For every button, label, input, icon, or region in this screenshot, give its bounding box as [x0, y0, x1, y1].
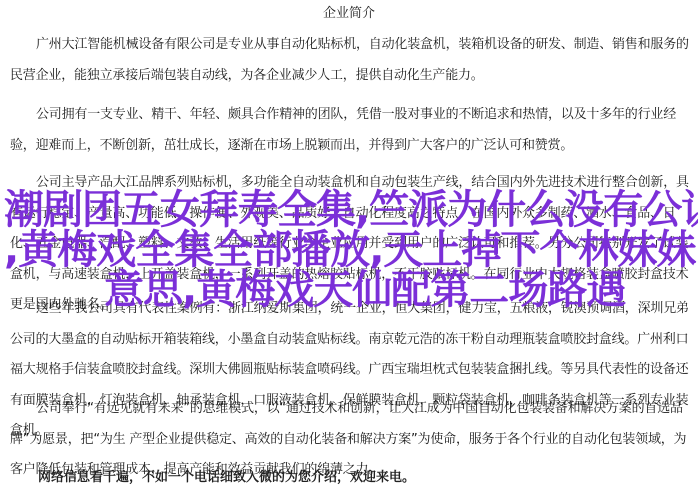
contact-line: 网络信息看千遍，不如一个电话细致入微的为您介绍，欢迎来电。 — [38, 469, 415, 487]
paragraph-company-intro: 广州大江智能机械设备有限公司是专业从事自动化贴标机，自动化装盒机，装箱机设备的研… — [10, 30, 690, 91]
page-title: 企业简介 — [0, 5, 698, 23]
overlay-line-1[interactable]: 潮剧团五女拜寿全集,竺派为什么没有公认 — [4, 190, 698, 230]
overlay-link-text[interactable]: 潮剧团五女拜寿全集,竺派为什么没有公认 ,黄梅戏全集全部播放,天上掉下个林妹妹 … — [4, 190, 698, 310]
paragraph-team: 公司拥有一支专业、精干、年轻、颇具合作精神的团队，凭借一股对事业的不断追求和热情… — [10, 100, 690, 161]
overlay-line-3[interactable]: 意思,黄梅戏天仙配第二场路遇 — [4, 270, 698, 310]
overlay-line-2[interactable]: ,黄梅戏全集全部播放,天上掉下个林妹妹 — [4, 230, 698, 270]
document-page: 企业简介 广州大江智能机械设备有限公司是专业从事自动化贴标机，自动化装盒机，装箱… — [0, 0, 698, 499]
